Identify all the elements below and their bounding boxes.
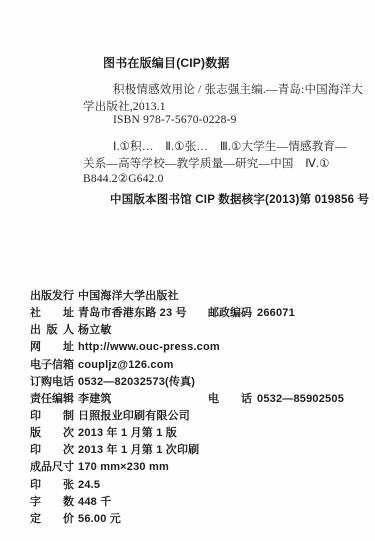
colophon-label: 订购电话 [30, 373, 74, 389]
colophon-value: 170 mm×230 mm [78, 461, 169, 473]
colophon-row-publisher: 出版发行 中国海洋大学出版社 [30, 287, 375, 304]
colophon-value: 日照报业印刷有限公司 [78, 407, 190, 423]
colophon-label: 出版发行 [30, 287, 74, 303]
colophon-row-order-phone: 订购电话 0532—82032573(传真) [30, 373, 375, 390]
colophon-label: 定价 [30, 510, 74, 526]
colophon-value: 266071 [257, 307, 295, 319]
colophon-label: 电子信箱 [30, 356, 74, 372]
colophon-row-sheets: 印张 24.5 [30, 476, 375, 493]
colophon-row-price: 定价 56.00 元 [30, 510, 375, 527]
cip-entry-line-2: 学出版社,2013.1 [83, 98, 166, 114]
cip-classification-line-1: Ⅰ.①积… Ⅱ.①张… Ⅲ.①大学生—情感教育— [113, 138, 347, 154]
colophon-label: 网址 [30, 338, 74, 354]
colophon-section: 出版发行 中国海洋大学出版社 社址 青岛市香港东路 23 号 邮政编码 2660… [30, 287, 375, 527]
colophon-row-editor: 责任编辑 李建筑 电话 0532—85902505 [30, 390, 375, 407]
colophon-label: 责任编辑 [30, 390, 74, 406]
isbn-number: ISBN 978-7-5670-0228-9 [113, 114, 237, 126]
colophon-label: 印次 [30, 441, 74, 457]
colophon-label: 出版人 [30, 321, 74, 337]
colophon-label: 邮政编码 [208, 304, 252, 320]
colophon-value: 448 千 [78, 493, 111, 509]
colophon-row-publisher-person: 出版人 杨立敏 [30, 321, 375, 338]
colophon-row-edition: 版次 2013 年 1 月第 1 版 [30, 424, 375, 441]
colophon-value: 0532—82032573(传真) [78, 373, 195, 389]
colophon-value: coupljz@126.com [78, 359, 174, 371]
colophon-value: 李建筑 [78, 390, 112, 406]
colophon-row-impression: 印次 2013 年 1 月第 1 次印刷 [30, 441, 375, 458]
cip-record-number: 中国版本图书馆 CIP 数据核字(2013)第 019856 号 [110, 191, 369, 207]
book-copyright-page: 图书在版编目(CIP)数据 积极情感效用论 / 张志强主编.—青岛:中国海洋大 … [0, 0, 375, 541]
colophon-row-address: 社址 青岛市香港东路 23 号 邮政编码 266071 [30, 304, 375, 321]
colophon-label: 印张 [30, 476, 74, 492]
colophon-row-word-count: 字数 448 千 [30, 493, 375, 510]
colophon-value: http://www.ouc-press.com [78, 341, 220, 353]
colophon-row-trim-size: 成品尺寸 170 mm×230 mm [30, 458, 375, 475]
cip-classification-line-2: 关系—高等学校—教学质量—研究—中国 Ⅳ.① [83, 155, 330, 171]
colophon-value: 56.00 元 [78, 510, 121, 526]
colophon-value: 24.5 [78, 479, 100, 491]
cip-entry-line-1: 积极情感效用论 / 张志强主编.—青岛:中国海洋大 [113, 81, 363, 97]
colophon-label: 字数 [30, 493, 74, 509]
colophon-value: 中国海洋大学出版社 [78, 287, 179, 303]
colophon-label: 社址 [30, 304, 74, 320]
cip-title: 图书在版编目(CIP)数据 [103, 54, 230, 71]
colophon-row-email: 电子信箱 coupljz@126.com [30, 356, 375, 373]
colophon-subrow-postcode: 邮政编码 266071 [208, 304, 295, 320]
colophon-label: 电话 [208, 390, 252, 406]
colophon-value: 杨立敏 [78, 321, 112, 337]
colophon-label: 版次 [30, 424, 74, 440]
colophon-row-printer: 印制 日照报业印刷有限公司 [30, 407, 375, 424]
cip-classification-line-3: B844.2②G642.0 [83, 171, 164, 185]
colophon-label: 印制 [30, 407, 74, 423]
colophon-row-website: 网址 http://www.ouc-press.com [30, 338, 375, 355]
colophon-value: 0532—85902505 [257, 393, 344, 405]
colophon-label: 成品尺寸 [30, 458, 74, 474]
colophon-subrow-phone: 电话 0532—85902505 [208, 390, 344, 406]
colophon-value: 2013 年 1 月第 1 次印刷 [78, 441, 199, 457]
colophon-value: 2013 年 1 月第 1 版 [78, 424, 177, 440]
colophon-value: 青岛市香港东路 23 号 [78, 304, 187, 320]
